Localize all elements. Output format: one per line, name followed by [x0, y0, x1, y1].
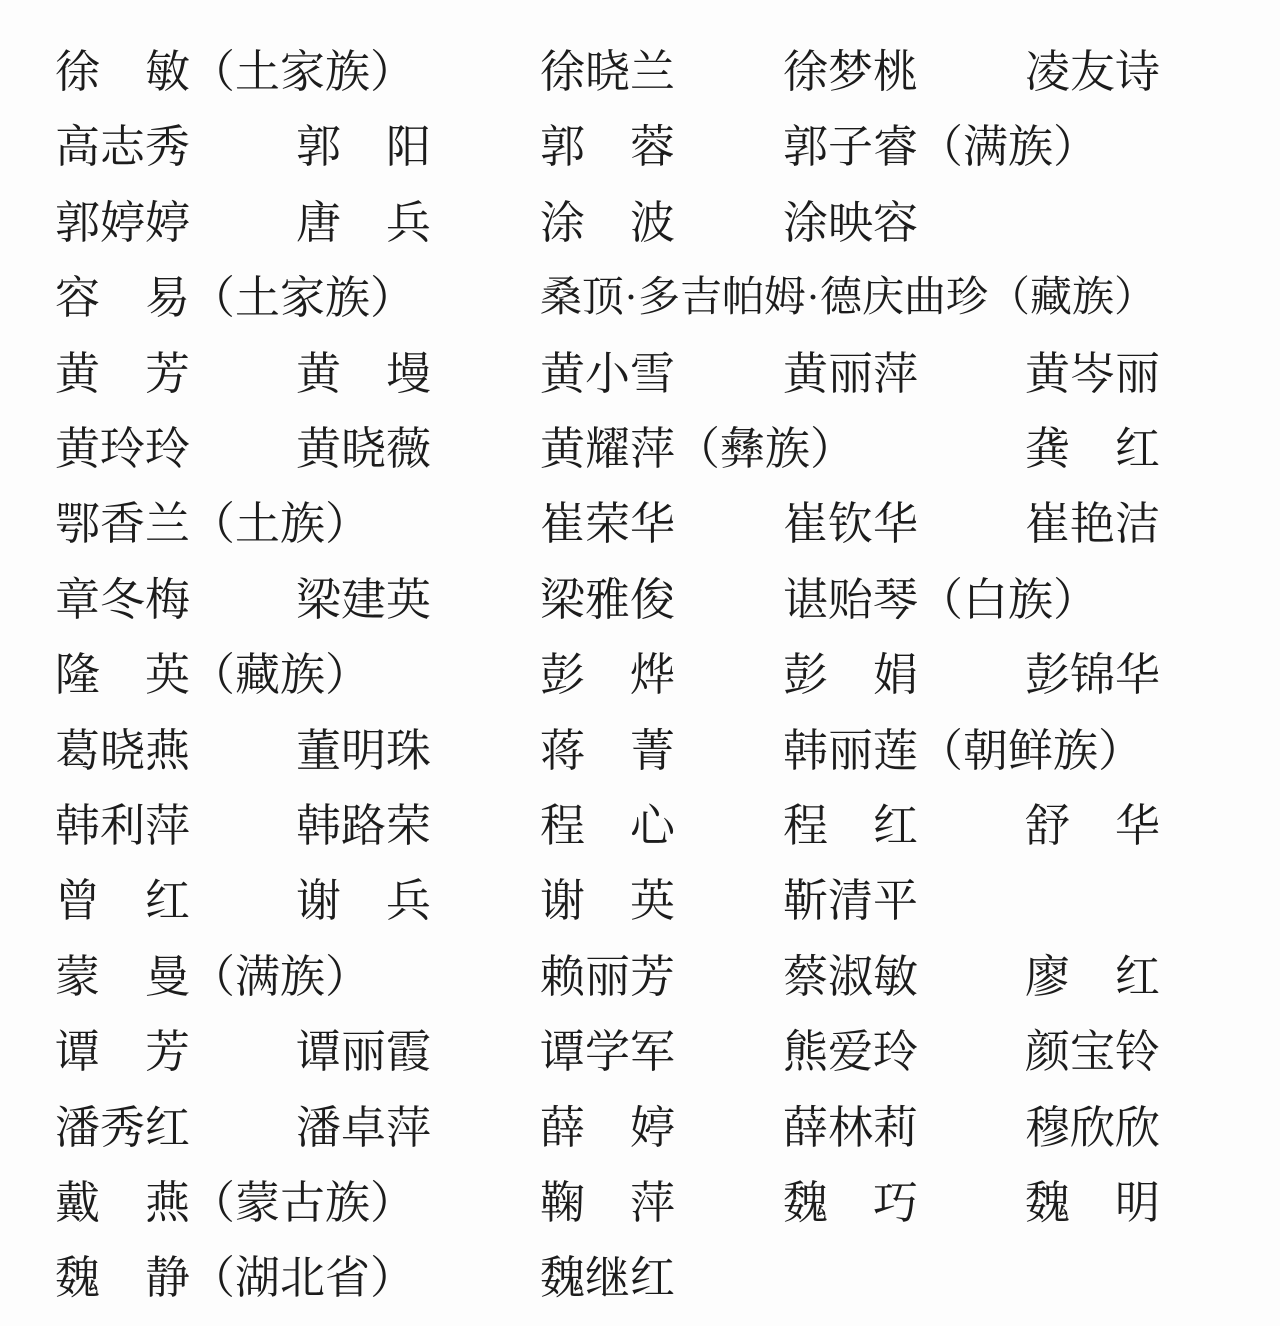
- name-entry: 韩利萍: [55, 798, 190, 854]
- name-entry: 黄 墁: [296, 346, 431, 402]
- name-row: 章冬梅梁建英梁雅俊谌贻琴（白族）: [0, 572, 1280, 628]
- name-entry: 龚 红: [1025, 421, 1160, 477]
- name-entry: 潘秀红: [55, 1100, 190, 1156]
- name-entry: 魏继红: [540, 1250, 675, 1306]
- name-entry: 徐梦桃: [783, 44, 918, 100]
- name-row: 葛晓燕董明珠蒋 菁韩丽莲（朝鲜族）: [0, 723, 1280, 779]
- name-entry: 薛 婷: [540, 1100, 675, 1156]
- name-entry: 徐 敏（土家族）: [55, 44, 415, 100]
- name-row: 曾 红谢 兵谢 英靳清平: [0, 873, 1280, 929]
- name-entry: 谭 芳: [55, 1024, 190, 1080]
- name-row: 黄玲玲黄晓薇黄耀萍（彝族）龚 红: [0, 421, 1280, 477]
- name-entry: 彭 娟: [783, 647, 918, 703]
- name-row: 鄂香兰（土族）崔荣华崔钦华崔艳洁: [0, 496, 1280, 552]
- name-entry: 魏 明: [1025, 1175, 1160, 1231]
- name-entry: 崔荣华: [540, 496, 675, 552]
- name-row: 潘秀红潘卓萍薛 婷薛林莉穆欣欣: [0, 1100, 1280, 1156]
- name-entry: 黄岑丽: [1025, 346, 1160, 402]
- name-row: 黄 芳黄 墁黄小雪黄丽萍黄岑丽: [0, 346, 1280, 402]
- name-row: 郭婷婷唐 兵涂 波涂映容: [0, 195, 1280, 251]
- name-entry: 谌贻琴（白族）: [783, 572, 1098, 628]
- name-entry: 黄耀萍（彝族）: [540, 421, 855, 477]
- name-entry: 章冬梅: [55, 572, 190, 628]
- name-entry: 曾 红: [55, 873, 190, 929]
- name-row: 容 易（土家族）桑顶·多吉帕姆·德庆曲珍（藏族）: [0, 270, 1280, 326]
- name-entry: 蒙 曼（满族）: [55, 949, 370, 1005]
- name-entry: 桑顶·多吉帕姆·德庆曲珍（藏族）: [540, 270, 1156, 326]
- name-entry: 谢 英: [540, 873, 675, 929]
- name-entry: 蒋 菁: [540, 723, 675, 779]
- name-entry: 郭子睿（满族）: [783, 119, 1098, 175]
- name-row: 蒙 曼（满族）赖丽芳蔡淑敏廖 红: [0, 949, 1280, 1005]
- name-entry: 徐晓兰: [540, 44, 675, 100]
- name-entry: 彭锦华: [1025, 647, 1160, 703]
- name-row: 徐 敏（土家族）徐晓兰徐梦桃凌友诗: [0, 44, 1280, 100]
- name-entry: 廖 红: [1025, 949, 1160, 1005]
- name-entry: 葛晓燕: [55, 723, 190, 779]
- name-entry: 崔艳洁: [1025, 496, 1160, 552]
- name-entry: 容 易（土家族）: [55, 270, 415, 326]
- name-entry: 薛林莉: [783, 1100, 918, 1156]
- name-entry: 涂映容: [783, 195, 918, 251]
- name-entry: 赖丽芳: [540, 949, 675, 1005]
- name-row: 戴 燕（蒙古族）鞠 萍魏 巧魏 明: [0, 1175, 1280, 1231]
- name-entry: 董明珠: [296, 723, 431, 779]
- name-entry: 穆欣欣: [1025, 1100, 1160, 1156]
- name-entry: 谭学军: [540, 1024, 675, 1080]
- name-entry: 颜宝铃: [1025, 1024, 1160, 1080]
- name-entry: 黄玲玲: [55, 421, 190, 477]
- name-row: 韩利萍韩路荣程 心程 红舒 华: [0, 798, 1280, 854]
- name-entry: 黄晓薇: [296, 421, 431, 477]
- name-entry: 梁建英: [296, 572, 431, 628]
- name-entry: 高志秀: [55, 119, 190, 175]
- name-entry: 涂 波: [540, 195, 675, 251]
- name-entry: 郭 蓉: [540, 119, 675, 175]
- name-entry: 靳清平: [783, 873, 918, 929]
- name-entry: 舒 华: [1025, 798, 1160, 854]
- name-row: 谭 芳谭丽霞谭学军熊爱玲颜宝铃: [0, 1024, 1280, 1080]
- name-entry: 黄丽萍: [783, 346, 918, 402]
- name-entry: 谢 兵: [296, 873, 431, 929]
- name-row: 魏 静（湖北省）魏继红: [0, 1250, 1280, 1306]
- name-entry: 程 心: [540, 798, 675, 854]
- name-entry: 黄 芳: [55, 346, 190, 402]
- name-entry: 隆 英（藏族）: [55, 647, 370, 703]
- name-entry: 韩丽莲（朝鲜族）: [783, 723, 1143, 779]
- name-entry: 戴 燕（蒙古族）: [55, 1175, 415, 1231]
- name-entry: 程 红: [783, 798, 918, 854]
- name-entry: 唐 兵: [296, 195, 431, 251]
- name-row: 高志秀郭 阳郭 蓉郭子睿（满族）: [0, 119, 1280, 175]
- name-entry: 潘卓萍: [296, 1100, 431, 1156]
- name-entry: 凌友诗: [1025, 44, 1160, 100]
- name-entry: 鞠 萍: [540, 1175, 675, 1231]
- name-entry: 鄂香兰（土族）: [55, 496, 370, 552]
- name-entry: 魏 静（湖北省）: [55, 1250, 415, 1306]
- name-entry: 郭 阳: [296, 119, 431, 175]
- name-entry: 魏 巧: [783, 1175, 918, 1231]
- name-entry: 熊爱玲: [783, 1024, 918, 1080]
- name-entry: 谭丽霞: [296, 1024, 431, 1080]
- name-row: 隆 英（藏族）彭 烨彭 娟彭锦华: [0, 647, 1280, 703]
- name-list-page: 徐 敏（土家族）徐晓兰徐梦桃凌友诗高志秀郭 阳郭 蓉郭子睿（满族）郭婷婷唐 兵涂…: [0, 0, 1280, 1326]
- name-entry: 郭婷婷: [55, 195, 190, 251]
- name-entry: 崔钦华: [783, 496, 918, 552]
- name-entry: 黄小雪: [540, 346, 675, 402]
- name-entry: 蔡淑敏: [783, 949, 918, 1005]
- name-entry: 彭 烨: [540, 647, 675, 703]
- name-entry: 韩路荣: [296, 798, 431, 854]
- name-entry: 梁雅俊: [540, 572, 675, 628]
